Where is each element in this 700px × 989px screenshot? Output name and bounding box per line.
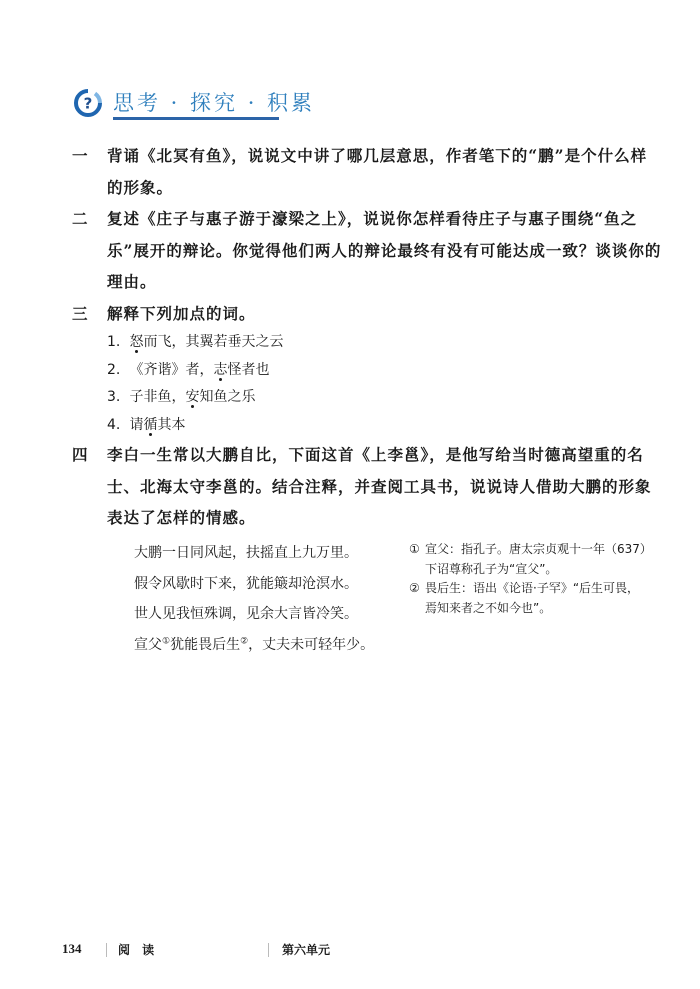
section-header: ? 思考 · 探究 · 积累 bbox=[73, 86, 313, 124]
item-number: 2. bbox=[107, 357, 125, 385]
poem-line: 假令风歇时下来，犹能簸却沧溟水。 bbox=[134, 569, 404, 600]
poem-text: 宣父 bbox=[134, 637, 162, 653]
footnote-number: ② bbox=[409, 579, 425, 618]
item-text-after: 怪者也 bbox=[227, 362, 269, 378]
footnote-text: 宣父：指孔子。唐太宗贞观十一年（637）下诏尊称孔子为“宣父”。 bbox=[425, 540, 649, 579]
question-text: 解释下列加点的词。 bbox=[107, 298, 662, 330]
dotted-character: 志 bbox=[213, 362, 227, 378]
poem-line: 宣父①犹能畏后生②，丈夫未可轻年少。 bbox=[134, 630, 404, 661]
footnotes: ① 宣父：指孔子。唐太宗贞观十一年（637）下诏尊称孔子为“宣父”。 ② 畏后生… bbox=[409, 540, 649, 618]
item-text-before: 子非鱼， bbox=[129, 389, 185, 405]
footer-unit-label: 第六单元 bbox=[282, 941, 330, 958]
page-number: 134 bbox=[62, 941, 82, 957]
poem-line: 大鹏一日同风起，扶摇直上九万里。 bbox=[134, 538, 404, 569]
dotted-character: 循 bbox=[143, 417, 157, 433]
footnote-number: ① bbox=[409, 540, 425, 579]
question-mark-circle-icon: ? bbox=[73, 88, 103, 118]
poem-text: 犹能畏后生 bbox=[170, 637, 240, 653]
vocabulary-items: 1. 怒而飞，其翼若垂天之云 2. 《齐谐》者，志怪者也 3. 子非鱼，安知鱼之… bbox=[107, 329, 662, 439]
footer-section-label: 阅 读 bbox=[118, 941, 158, 958]
item-text-after: 知鱼之乐 bbox=[199, 389, 255, 405]
question-text: 背诵《北冥有鱼》，说说文中讲了哪几层意思，作者笔下的“鹏”是个什么样的形象。 bbox=[107, 140, 662, 203]
question-text: 李白一生常以大鹏自比，下面这首《上李邕》，是他写给当时德高望重的名士、北海太守李… bbox=[107, 439, 662, 534]
section-title: 思考 · 探究 · 积累 bbox=[113, 87, 315, 117]
item-number: 4. bbox=[107, 412, 125, 440]
vocabulary-item: 4. 请循其本 bbox=[107, 412, 662, 440]
vocabulary-item: 2. 《齐谐》者，志怪者也 bbox=[107, 357, 662, 385]
poem-line: 世人见我恒殊调，见余大言皆冷笑。 bbox=[134, 599, 404, 630]
dotted-character: 怒 bbox=[129, 334, 143, 350]
dotted-character: 安 bbox=[185, 389, 199, 405]
question-number: 二 bbox=[72, 203, 107, 298]
question-4: 四 李白一生常以大鹏自比，下面这首《上李邕》，是他写给当时德高望重的名士、北海太… bbox=[72, 439, 662, 534]
question-1: 一 背诵《北冥有鱼》，说说文中讲了哪几层意思，作者笔下的“鹏”是个什么样的形象。 bbox=[72, 140, 662, 203]
vocabulary-item: 1. 怒而飞，其翼若垂天之云 bbox=[107, 329, 662, 357]
poem: 大鹏一日同风起，扶摇直上九万里。 假令风歇时下来，犹能簸却沧溟水。 世人见我恒殊… bbox=[134, 538, 404, 660]
footnote-marker: ① bbox=[162, 636, 170, 646]
questions-list: 一 背诵《北冥有鱼》，说说文中讲了哪几层意思，作者笔下的“鹏”是个什么样的形象。… bbox=[72, 140, 662, 534]
footer-divider bbox=[268, 943, 269, 957]
item-text-after: 而飞，其翼若垂天之云 bbox=[143, 334, 283, 350]
item-text-before: 《齐谐》者， bbox=[129, 362, 213, 378]
title-underline bbox=[113, 117, 279, 120]
item-number: 3. bbox=[107, 384, 125, 412]
item-number: 1. bbox=[107, 329, 125, 357]
question-number: 一 bbox=[72, 140, 107, 203]
footnote: ② 畏后生：语出《论语·子罕》“后生可畏，焉知来者之不如今也”。 bbox=[409, 579, 649, 618]
question-number: 三 bbox=[72, 298, 107, 330]
question-3: 三 解释下列加点的词。 bbox=[72, 298, 662, 330]
question-text: 复述《庄子与惠子游于濠梁之上》，说说你怎样看待庄子与惠子围绕“鱼之乐”展开的辩论… bbox=[107, 203, 662, 298]
footnote-text: 畏后生：语出《论语·子罕》“后生可畏，焉知来者之不如今也”。 bbox=[425, 579, 649, 618]
svg-text:?: ? bbox=[84, 95, 93, 113]
page-footer: 134 阅 读 第六单元 bbox=[62, 941, 362, 961]
question-number: 四 bbox=[72, 439, 107, 534]
vocabulary-item: 3. 子非鱼，安知鱼之乐 bbox=[107, 384, 662, 412]
item-text-after: 其本 bbox=[157, 417, 185, 433]
poem-text: ，丈夫未可轻年少。 bbox=[248, 637, 374, 653]
footer-divider bbox=[106, 943, 107, 957]
footnote-marker: ② bbox=[240, 636, 248, 646]
footnote: ① 宣父：指孔子。唐太宗贞观十一年（637）下诏尊称孔子为“宣父”。 bbox=[409, 540, 649, 579]
question-2: 二 复述《庄子与惠子游于濠梁之上》，说说你怎样看待庄子与惠子围绕“鱼之乐”展开的… bbox=[72, 203, 662, 298]
item-text-before: 请 bbox=[129, 417, 143, 433]
